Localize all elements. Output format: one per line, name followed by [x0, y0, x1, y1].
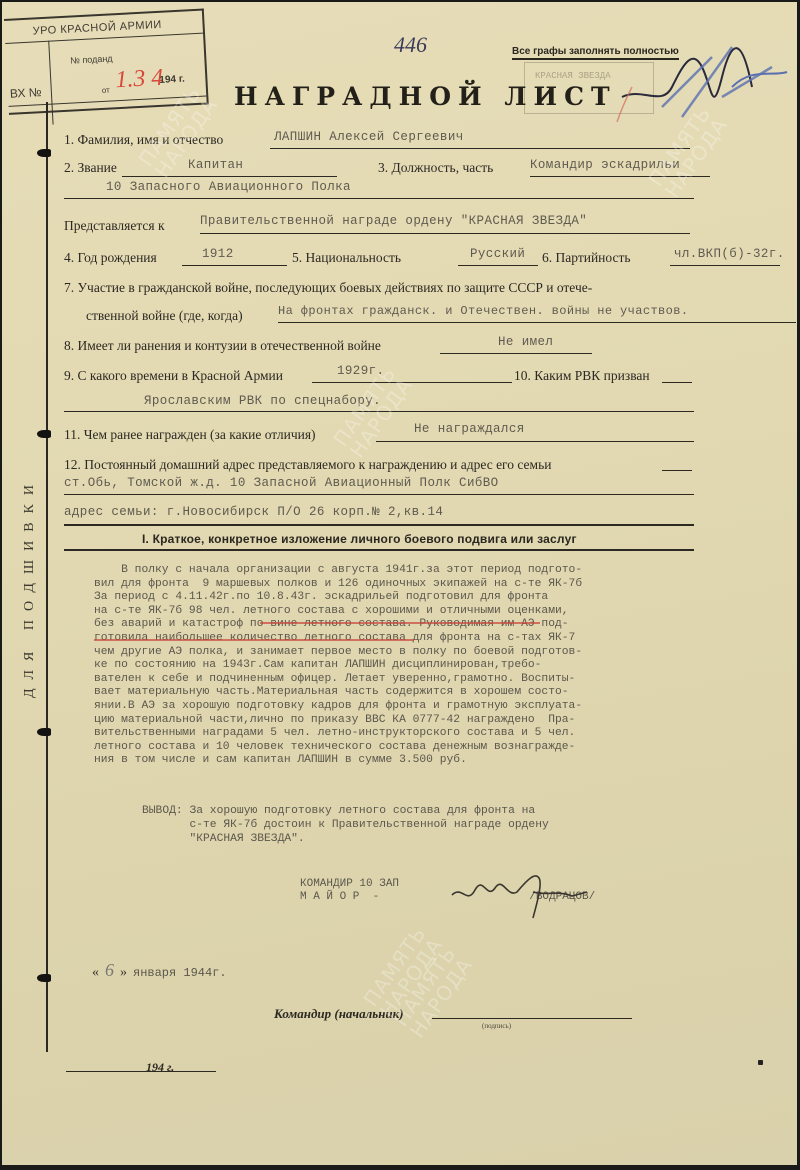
conclusion: ВЫВОД: За хорошую подготовку летного сос… [142, 804, 549, 846]
field-7: 7. Участие в гражданской войне, последую… [64, 280, 592, 296]
field-3: 3. Должность, часть [378, 160, 493, 176]
merits-line: вительственными наградами 5 чел. летно-и… [94, 727, 800, 741]
award-sheet: УРО КРАСНОЙ АРМИИ № поданд ВХ № от 1.3 4… [2, 2, 797, 1165]
date-line: «6»января 1944г. [92, 960, 227, 981]
stamp-year: 194 г. [159, 74, 185, 86]
field-3-value-cont: 10 Запасного Авиационного Полка [106, 180, 351, 194]
merits-line: В полку с начала организации с августа 1… [94, 564, 800, 578]
presented-value: Правительственной награде ордену "КРАСНА… [200, 214, 587, 228]
field-7-cont: ственной войне (где, когда) [86, 308, 243, 324]
stamp-ot: от [102, 86, 110, 95]
merits-line: без аварий и катастроф по вине летного с… [94, 618, 800, 632]
merits-line: ния в том числе и сам капитан ЛАПШИН в с… [94, 754, 800, 768]
field-12: 12. Постоянный домашний адрес представля… [64, 457, 551, 473]
merits-line: янии.В АЭ за хорошую подготовку кадров д… [94, 700, 800, 714]
field-11-value: Не награждался [414, 422, 525, 436]
conclusion-line: с-те ЯК-7б достоин к Правительственной н… [142, 818, 549, 832]
conclusion-line: "КРАСНАЯ ЗВЕЗДА". [142, 832, 549, 846]
field-1-value: ЛАПШИН Алексей Сергеевич [274, 130, 464, 144]
year-placeholder: 194 г. [66, 1060, 174, 1075]
red-pencil-underline [94, 639, 414, 641]
merits-line: За период с 4.11.42г.по 10.8.43г. эскадр… [94, 591, 800, 605]
binding-hole-marker-icon [37, 430, 51, 438]
merits-line: летного состава и 10 человек техническог… [94, 741, 800, 755]
merits-line: чем другие АЭ полка, и занимает первое м… [94, 646, 800, 660]
red-pencil-underline [260, 622, 540, 624]
field-12-value: ст.Обь, Томской ж.д. 10 Запасной Авиацио… [64, 476, 499, 490]
stamp-handwritten-number: 1.3 4 [115, 65, 164, 94]
punch-dot [758, 1060, 763, 1065]
section-merits-heading: I. Краткое, конкретное изложение личного… [142, 532, 577, 546]
handwritten-page-number: 446 [394, 32, 427, 58]
merits-narrative: В полку с начала организации с августа 1… [94, 564, 800, 768]
field-4: 4. Год рождения [64, 250, 157, 266]
merits-line: вил для фронта 9 маршевых полков и 126 о… [94, 578, 800, 592]
merits-line: вателен к себе и подчиненным офицер. Лет… [94, 673, 800, 687]
binding-hole-marker-icon [37, 728, 51, 736]
merits-line: ке по состоянию на 1943г.Сам капитан ЛАП… [94, 659, 800, 673]
stamp-line2: № поданд [70, 53, 113, 65]
field-8: 8. Имеет ли ранения и контузии в отечест… [64, 338, 381, 354]
field-9: 9. С какого времени в Красной Армии [64, 368, 283, 384]
field-6: 6. Партийность [542, 250, 631, 266]
field-8-value: Не имел [498, 335, 553, 349]
field-2: 2. Звание [64, 160, 117, 176]
binding-hole-marker-icon [37, 974, 51, 982]
stamp-org: УРО КРАСНОЙ АРМИИ [32, 19, 162, 38]
stamp-divider [48, 41, 53, 125]
merits-line: вает материальную часть.Материальная час… [94, 686, 800, 700]
field-10: 10. Каким РВК призван [514, 368, 650, 384]
field-5-value: Русский [470, 247, 525, 261]
merits-line: цию материальной части,лично по приказу … [94, 714, 800, 728]
handwritten-signature-icon [447, 870, 597, 920]
presented-to: Представляется к [64, 218, 165, 234]
field-4-value: 1912 [202, 247, 234, 261]
field-7-value: На фронтах гражданск. и Отечествен. войн… [278, 304, 688, 318]
binding-hole-marker-icon [37, 149, 51, 157]
field-11: 11. Чем ранее награжден (за какие отличи… [64, 427, 316, 443]
merits-line: на с-те ЯК-7б 98 чел. летного состава с … [94, 605, 800, 619]
conclusion-line: ВЫВОД: За хорошую подготовку летного сос… [142, 804, 549, 818]
stamp-prefix: ВХ № [10, 85, 42, 101]
binding-margin-label: ДЛЯ ПОДШИВКИ [15, 422, 45, 752]
field-10-value: Ярославским РВК по спецнабору. [144, 394, 381, 408]
field-5: 5. Национальность [292, 250, 401, 266]
field-12-family-address: адрес семьи: г.Новосибирск П/О 26 корп.№… [64, 505, 443, 519]
binding-margin-line [46, 102, 48, 1052]
field-2-value: Капитан [188, 158, 243, 172]
signature-caption: (подпись) [482, 1022, 511, 1030]
field-6-value: чл.ВКП(б)-32г. [674, 247, 785, 261]
